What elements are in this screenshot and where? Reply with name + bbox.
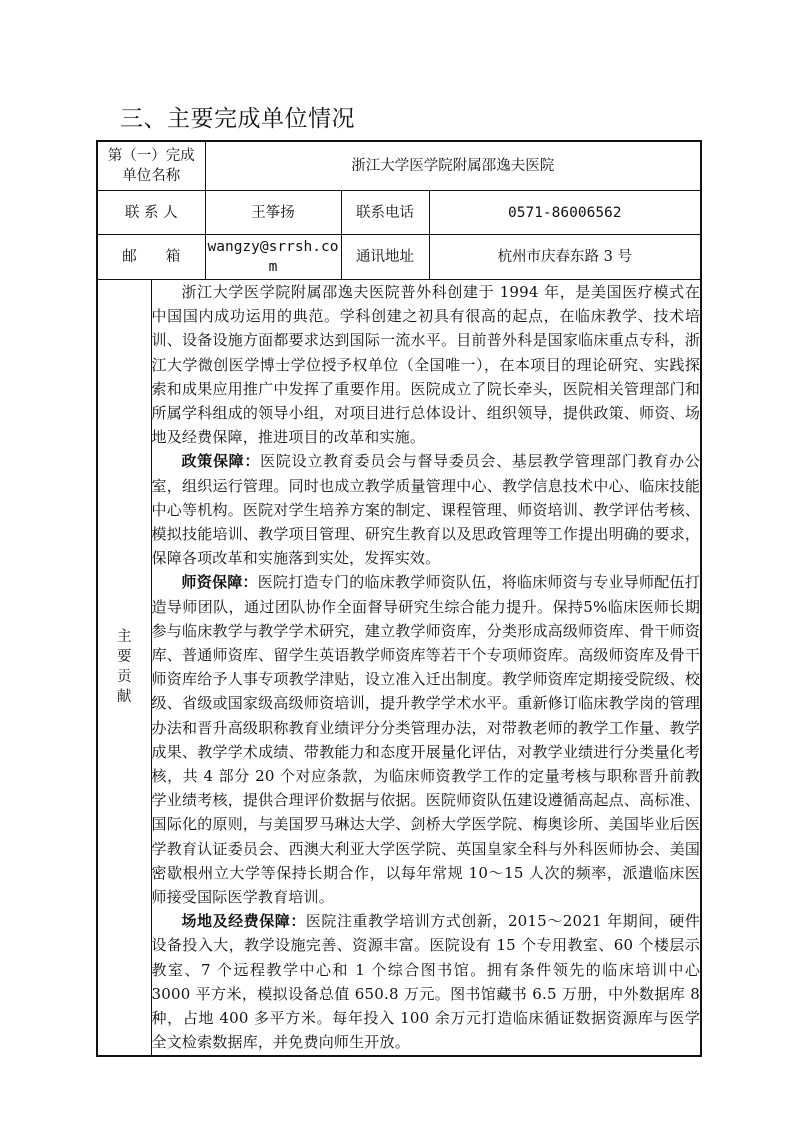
unit-name-value: 浙江大学医学院附属邵逸夫医院 xyxy=(205,141,701,191)
contribution-label-char: 献 xyxy=(98,687,151,707)
contribution-label-char: 贡 xyxy=(98,667,151,687)
contribution-row: 主 要 贡 献 浙江大学医学院附属邵逸夫医院普外科创建于 1994 年，是美国医… xyxy=(97,280,701,1056)
contribution-label-char: 主 xyxy=(98,627,151,647)
contact-person-value: 王筝扬 xyxy=(205,191,341,235)
phone-label: 联系电话 xyxy=(341,191,429,235)
unit-name-label-line2: 单位名称 xyxy=(98,166,205,186)
paragraph-text: 医院注重教学培训方式创新，2015～2021 年期间，硬件设备投入大，教学设施完… xyxy=(152,912,701,1051)
contribution-paragraph-faculty: 师资保障：医院打造专门的临床教学师资队伍，将临床师资与专业导师配伍打造导师团队，… xyxy=(152,570,701,909)
contribution-label: 主 要 贡 献 xyxy=(97,280,151,1056)
unit-info-table: 第（一）完成 单位名称 浙江大学医学院附属邵逸夫医院 联 系 人 王筝扬 联系电… xyxy=(96,140,702,1057)
unit-name-label-line1: 第（一）完成 xyxy=(98,146,205,166)
paragraph-heading: 政策保障： xyxy=(182,452,261,470)
contribution-label-char: 要 xyxy=(98,647,151,667)
phone-value: 0571-86006562 xyxy=(429,191,701,235)
email-label: 邮 箱 xyxy=(97,235,205,280)
contribution-paragraph-intro: 浙江大学医学院附属邵逸夫医院普外科创建于 1994 年，是美国医疗模式在中国国内… xyxy=(152,280,701,449)
email-value: wangzy@srrsh.com xyxy=(205,235,341,280)
address-label: 通讯地址 xyxy=(341,235,429,280)
email-address-row: 邮 箱 wangzy@srrsh.com 通讯地址 杭州市庆春东路 3 号 xyxy=(97,235,701,280)
paragraph-text: 浙江大学医学院附属邵逸夫医院普外科创建于 1994 年，是美国医疗模式在中国国内… xyxy=(152,283,701,446)
unit-name-row: 第（一）完成 单位名称 浙江大学医学院附属邵逸夫医院 xyxy=(97,141,701,191)
paragraph-heading: 场地及经费保障： xyxy=(182,912,306,930)
address-value: 杭州市庆春东路 3 号 xyxy=(429,235,701,280)
contact-person-row: 联 系 人 王筝扬 联系电话 0571-86006562 xyxy=(97,191,701,235)
paragraph-text: 医院打造专门的临床教学师资队伍，将临床师资与专业导师配伍打造导师团队，通过团队协… xyxy=(152,573,701,906)
contribution-paragraph-facilities: 场地及经费保障：医院注重教学培训方式创新，2015～2021 年期间，硬件设备投… xyxy=(152,909,701,1054)
contact-person-label: 联 系 人 xyxy=(97,191,205,235)
section-title: 三、主要完成单位情况 xyxy=(120,100,355,133)
unit-name-label: 第（一）完成 单位名称 xyxy=(97,141,205,191)
contribution-content: 浙江大学医学院附属邵逸夫医院普外科创建于 1994 年，是美国医疗模式在中国国内… xyxy=(151,280,701,1056)
paragraph-heading: 师资保障： xyxy=(182,573,258,591)
contribution-paragraph-policy: 政策保障：医院设立教育委员会与督导委员会、基层教学管理部门教育办公室，组织运行管… xyxy=(152,449,701,570)
